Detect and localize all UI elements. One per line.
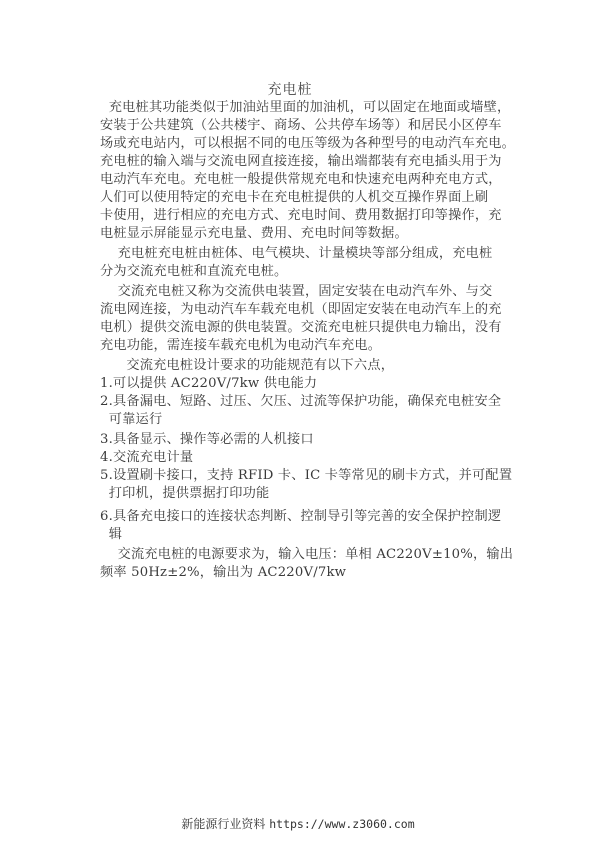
text-line: 频率 50Hz±2%，输出为 AC220V/7kw	[100, 564, 346, 582]
text-line: 充电桩其功能类似于加油站里面的加油机，可以固定在地面或墙壁，	[100, 99, 510, 117]
text-line: 3.具备显示、操作等必需的人机接口	[100, 431, 314, 449]
footer-label: 新能源行业资料	[181, 817, 265, 831]
text-line: 交流充电桩又称为交流供电装置，固定安装在电动汽车外、与交	[100, 283, 492, 301]
text-line: 辑	[100, 526, 122, 544]
text-line: 卡使用，进行相应的充电方式、充电时间、费用数据打印等操作，充	[100, 207, 502, 225]
text-line: 安装于公共建筑（公共楼宇、商场、公共停车场等）和居民小区停车	[100, 117, 502, 135]
text-line: 充电桩的输入端与交流电网直接连接，输出端都装有充电插头用于为	[100, 153, 502, 171]
text-line: 4.交流充电计量	[100, 449, 193, 467]
text-line: 电机）提供交流电源的供电装置。交流充电桩只提供电力输出，没有	[100, 319, 502, 337]
text-line: 交流充电桩的电源要求为，输入电压：单相 AC220V±10%，输出	[100, 546, 513, 564]
document-page: 充电桩 充电桩其功能类似于加油站里面的加油机，可以固定在地面或墙壁，安装于公共建…	[0, 0, 596, 842]
text-line: 2.具备漏电、短路、过压、欠压、过流等保护功能，确保充电桩安全	[100, 393, 501, 411]
text-line: 流电网连接，为电动汽车车载充电机（即固定安装在电动汽车上的充	[100, 301, 502, 319]
text-line: 电动汽车充电。充电桩一般提供常规充电和快速充电两种充电方式，	[100, 171, 502, 189]
document-title: 充电桩	[0, 79, 580, 99]
text-line: 可靠运行	[100, 411, 162, 429]
text-line: 人们可以使用特定的充电卡在充电桩提供的人机交互操作界面上刷	[100, 189, 488, 207]
text-line: 充电桩充电桩由桩体、电气模块、计量模块等部分组成，充电桩	[100, 245, 492, 263]
text-line: 打印机，提供票据打印功能	[100, 485, 269, 503]
page-footer: 新能源行业资料 https://www.z3060.com	[0, 815, 596, 832]
text-line: 1.可以提供 AC220V/7kw 供电能力	[100, 375, 317, 393]
text-line: 场或充电站内，可以根据不同的电压等级为各种型号的电动汽车充电。	[100, 135, 515, 153]
text-line: 电桩显示屏能显示充电量、费用、充电时间等数据。	[100, 225, 408, 243]
text-line: 5.设置刷卡接口，支持 RFID 卡、IC 卡等常见的刷卡方式，并可配置	[100, 467, 512, 485]
text-line: 6.具备充电接口的连接状态判断、控制导引等完善的安全保护控制逻	[100, 508, 501, 526]
text-line: 分为交流充电桩和直流充电桩。	[100, 263, 287, 281]
footer-url-link[interactable]: https://www.z3060.com	[269, 817, 414, 831]
text-line: 交流充电桩设计要求的功能规范有以下六点，	[100, 357, 394, 375]
text-line: 充电功能，需连接车载充电机为电动汽车充电。	[100, 337, 381, 355]
